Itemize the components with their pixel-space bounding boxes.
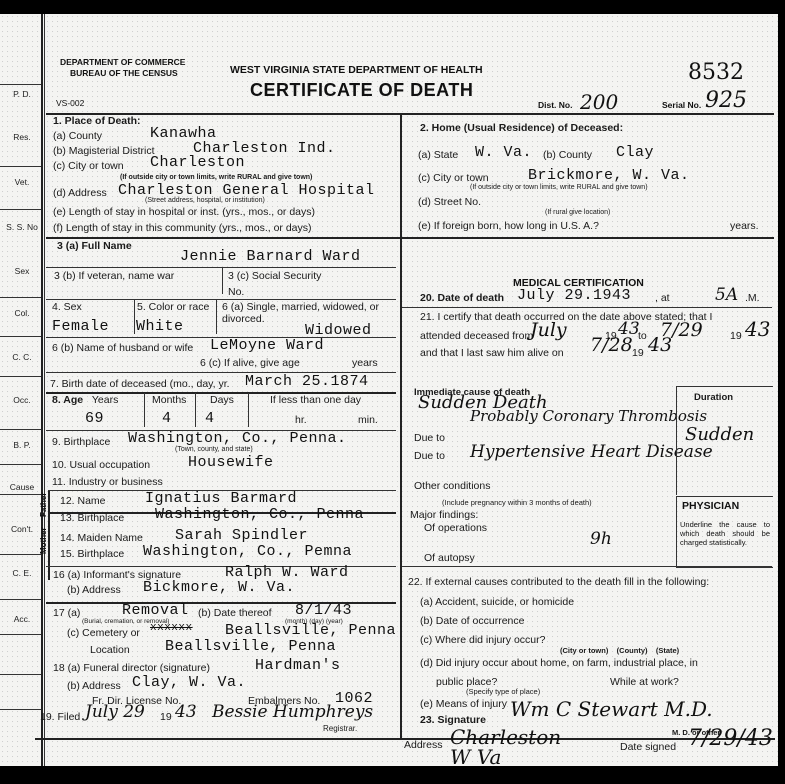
side-code-occ: Occ. xyxy=(3,395,41,405)
duration-label: Duration xyxy=(694,392,733,403)
res-street-label: (d) Street No. xyxy=(418,196,481,208)
other-conditions-label: Other conditions xyxy=(414,480,490,492)
external-b-label: (b) Date of occurrence xyxy=(420,615,524,627)
industry-label: 11. Industry or business xyxy=(52,476,163,488)
external-heading: 22. If external causes contributed to th… xyxy=(408,576,709,588)
stay-community-label: (f) Length of stay in this community (yr… xyxy=(53,222,312,234)
birth-label: 7. Birth date of deceased (mo., day, yr. xyxy=(50,378,230,390)
age-years-value: 69 xyxy=(85,410,104,427)
side-rule xyxy=(0,554,41,555)
bureau-census: BUREAU OF THE CENSUS xyxy=(70,68,178,78)
cemetery-struck: xxxxxx xyxy=(150,622,193,634)
rule xyxy=(134,300,135,334)
father-name-label: 12. Name xyxy=(60,495,106,507)
signature-address-label: Address xyxy=(404,739,443,751)
res-foreign-label: (e) If foreign born, how long in U.S. A.… xyxy=(418,220,599,232)
attended-to-year-prefix: 19 xyxy=(730,330,742,342)
column-divider xyxy=(400,251,402,738)
death-date-value: July 29.1943 xyxy=(517,287,631,304)
hr-label: hr. xyxy=(295,414,307,426)
address-note: (Street address, hospital, or institutio… xyxy=(145,197,265,204)
side-code-bp: B. P. xyxy=(3,440,41,450)
city-note: (If outside city or town limits, write R… xyxy=(120,174,312,181)
side-divider-inner xyxy=(44,14,45,766)
filed-date-value: July 29 xyxy=(85,702,145,722)
father-tag: Father xyxy=(39,493,48,517)
cemetery-label: (c) Cemetery or xyxy=(67,627,140,639)
last-seen-year: 43 xyxy=(648,334,672,356)
dist-value: 200 xyxy=(580,90,618,114)
spouse-age-label: 6 (c) If alive, give age xyxy=(200,357,300,369)
external-c-note: (City or town) (County) (State) xyxy=(560,646,679,655)
external-d-label: (d) Did injury occur about home, on farm… xyxy=(420,657,698,669)
side-rule xyxy=(0,494,41,495)
side-rule xyxy=(0,376,41,377)
side-rule xyxy=(0,464,41,465)
stay-hospital-label: (e) Length of stay in hospital or inst. … xyxy=(53,206,315,218)
location-value: Beallsville, Penna xyxy=(165,638,336,655)
funeral-director-label: 18 (a) Funeral director (signature) xyxy=(53,662,210,674)
attended-to-year: 43 xyxy=(745,317,770,341)
filed-year-prefix: 19 xyxy=(160,711,172,723)
autopsy-label: Of autopsy xyxy=(424,552,475,564)
res-street-note: (If rural give location) xyxy=(545,209,610,216)
side-code-res: Res. xyxy=(3,132,41,142)
address-label: (d) Address xyxy=(53,187,107,199)
registrar-label: Registrar. xyxy=(323,724,357,733)
physician-box-title: PHYSICIAN xyxy=(682,500,739,512)
less-day-label: If less than one day xyxy=(270,394,361,406)
rule xyxy=(46,267,396,268)
rule xyxy=(144,393,145,427)
informant-address-label: (b) Address xyxy=(67,584,121,596)
place-death-heading: 1. Place of Death: xyxy=(53,115,141,127)
res-city-note: (If outside city or town limits, write R… xyxy=(470,184,648,191)
header-rule xyxy=(46,113,774,115)
serial-value: 925 xyxy=(705,88,747,113)
age-months-value: 4 xyxy=(162,410,172,427)
side-code-cont: Con't. xyxy=(3,524,41,534)
race-label: 5. Color or race xyxy=(137,301,209,313)
death-time-m: .M. xyxy=(745,292,760,304)
side-code-vet: Vet. xyxy=(3,177,41,187)
funeral-director-value: Hardman's xyxy=(255,657,341,674)
rule xyxy=(46,299,396,300)
res-state-label: (a) State xyxy=(418,149,458,161)
rule xyxy=(248,393,249,427)
father-name-value: Ignatius Barmard xyxy=(145,490,297,507)
external-c-label: (c) Where did injury occur? xyxy=(420,634,545,646)
section-divider xyxy=(400,114,402,251)
side-rule xyxy=(0,84,41,85)
attended-from-value: July xyxy=(530,319,567,341)
immediate-cause-value-2: Probably Coronary Thrombosis xyxy=(470,407,707,425)
external-e-label: (e) Means of injury xyxy=(420,698,507,710)
birthplace-note: (Town, county, and state) xyxy=(175,446,253,453)
certificate-title: CERTIFICATE OF DEATH xyxy=(250,80,473,101)
sex-label: 4. Sex xyxy=(52,301,82,313)
findings-label: Major findings: xyxy=(410,509,478,521)
pregnancy-note: (Include pregnancy within 3 months of de… xyxy=(442,498,592,507)
mother-tag: Mother xyxy=(39,527,48,554)
full-name-label: 3 (a) Full Name xyxy=(57,240,132,252)
ssn-no-label: No. xyxy=(228,286,244,298)
occupation-value: Housewife xyxy=(188,454,274,471)
birthplace-label: 9. Birthplace xyxy=(52,436,110,448)
county-label: (a) County xyxy=(53,130,102,142)
full-name-value: Jennie Barnard Ward xyxy=(180,248,361,265)
funeral-address-value: Clay, W. Va. xyxy=(132,674,246,691)
last-seen-value: 7/28 xyxy=(590,334,633,356)
dept-commerce: DEPARTMENT OF COMMERCE xyxy=(60,57,185,67)
veteran-label: 3 (b) If veteran, name war xyxy=(54,270,174,282)
res-county-label: (b) County xyxy=(543,149,592,161)
occupation-label: 10. Usual occupation xyxy=(52,459,150,471)
rule xyxy=(222,268,223,294)
mother-birthplace-value: Washington, Co., Pemna xyxy=(143,543,352,560)
signature-address-value: Charleston W Va xyxy=(450,727,580,767)
side-rule xyxy=(0,209,41,210)
due-to-label-1: Due to xyxy=(414,432,445,444)
filed-label: 19. Filed xyxy=(40,711,80,723)
stamp-number: 8532 xyxy=(688,60,744,85)
res-city-value: Brickmore, W. Va. xyxy=(528,167,690,184)
mother-birthplace-label: 15. Birthplace xyxy=(60,548,124,560)
ssn-label: 3 (c) Social Security xyxy=(228,270,321,282)
informant-address-value: Bickmore, W. Va. xyxy=(143,579,295,596)
spouse-label: 6 (b) Name of husband or wife xyxy=(52,342,193,354)
work-label: While at work? xyxy=(610,676,679,688)
res-state-value: W. Va. xyxy=(475,144,532,161)
registrar-signature: Bessie Humphreys xyxy=(212,702,373,722)
disposition-value: Removal xyxy=(122,602,189,619)
disposition-date-label: (b) Date thereof xyxy=(198,607,272,619)
spouse-value: LeMoyne Ward xyxy=(210,337,324,354)
sex-value: Female xyxy=(52,318,109,335)
rule xyxy=(402,307,772,308)
attended-to-label: to xyxy=(638,330,647,342)
side-code-cc: C. C. xyxy=(3,352,41,362)
side-rule xyxy=(0,709,41,710)
side-rule xyxy=(0,336,41,337)
date-signed-label: Date signed xyxy=(620,741,676,753)
age-label: 8. Age Years xyxy=(52,394,118,406)
spouse-age-unit: years xyxy=(352,357,378,369)
external-d-note: (Specify type of place) xyxy=(466,687,540,696)
side-code-ce: C. E. xyxy=(3,568,41,578)
res-city-label: (c) City or town xyxy=(418,172,489,184)
attended-label: attended deceased from xyxy=(420,330,533,342)
district-label: (b) Magisterial District xyxy=(53,145,155,157)
form-code: VS-002 xyxy=(56,98,84,108)
findings-mark: 9h xyxy=(590,529,612,549)
side-rule xyxy=(0,674,41,675)
side-code-col: Col. xyxy=(3,308,41,318)
mother-name-value: Sarah Spindler xyxy=(175,527,308,544)
days-label: Days xyxy=(210,394,234,406)
city-label: (c) City or town xyxy=(53,160,124,172)
side-divider xyxy=(41,14,43,766)
age-days-value: 4 xyxy=(205,410,215,427)
side-rule xyxy=(0,297,41,298)
months-label: Months xyxy=(152,394,186,406)
last-seen-year-prefix: 19 xyxy=(632,347,644,359)
res-county-value: Clay xyxy=(616,144,654,161)
funeral-address-label: (b) Address xyxy=(67,680,121,692)
side-rule xyxy=(0,634,41,635)
duration-value: Sudden xyxy=(685,424,754,445)
date-signed-value: 7/29/43 xyxy=(688,726,773,751)
serial-label: Serial No. xyxy=(662,100,701,110)
state-department: WEST VIRGINIA STATE DEPARTMENT OF HEALTH xyxy=(230,64,483,76)
side-code-ssno: S. S. No xyxy=(3,222,41,232)
city-value: Charleston xyxy=(150,154,245,171)
res-years-label: years. xyxy=(730,220,759,232)
side-code-sex: Sex xyxy=(3,266,41,276)
min-label: min. xyxy=(358,414,378,426)
mother-name-label: 14. Maiden Name xyxy=(60,532,143,544)
signature-value: Wm C Stewart M.D. xyxy=(510,697,713,721)
cemetery-value: Beallsville, Penna xyxy=(225,622,396,639)
last-seen-label: and that I last saw him alive on xyxy=(420,347,564,359)
death-time-value: 5A xyxy=(715,285,738,305)
rule xyxy=(195,393,196,427)
disposition-label: 17 (a) xyxy=(53,607,80,619)
side-code-pd: P. D. xyxy=(3,89,41,99)
side-code-cause: Cause xyxy=(3,482,41,492)
residence-heading: 2. Home (Usual Residence) of Deceased: xyxy=(420,122,623,134)
section-rule xyxy=(46,237,774,239)
race-value: White xyxy=(136,318,184,335)
side-rule xyxy=(0,166,41,167)
side-code-acc: Acc. xyxy=(3,614,41,624)
rule xyxy=(402,566,772,567)
disposition-date-value: 8/1/43 xyxy=(295,602,352,619)
birth-value: March 25.1874 xyxy=(245,373,369,390)
filed-year-value: 43 xyxy=(175,702,197,722)
death-at-label: , at xyxy=(655,292,670,304)
death-certificate: P. D. Res. Vet. S. S. No Sex Col. C. C. … xyxy=(0,14,778,766)
external-a-label: (a) Accident, suicide, or homicide xyxy=(420,596,574,608)
location-label: Location xyxy=(90,644,130,656)
father-birthplace-value: Washington, Co., Penna xyxy=(155,506,364,523)
operations-label: Of operations xyxy=(424,522,487,534)
physician-box-text: Underline the cause to which death shoul… xyxy=(680,520,770,547)
side-rule xyxy=(0,429,41,430)
father-birthplace-label: 13. Birthplace xyxy=(60,512,124,524)
rule xyxy=(216,300,217,334)
side-rule xyxy=(0,599,41,600)
birthplace-value: Washington, Co., Penna. xyxy=(128,430,347,447)
death-date-label: 20. Date of death xyxy=(420,292,504,304)
dist-label: Dist. No. xyxy=(538,100,572,110)
due-to-label-2: Due to xyxy=(414,450,445,462)
